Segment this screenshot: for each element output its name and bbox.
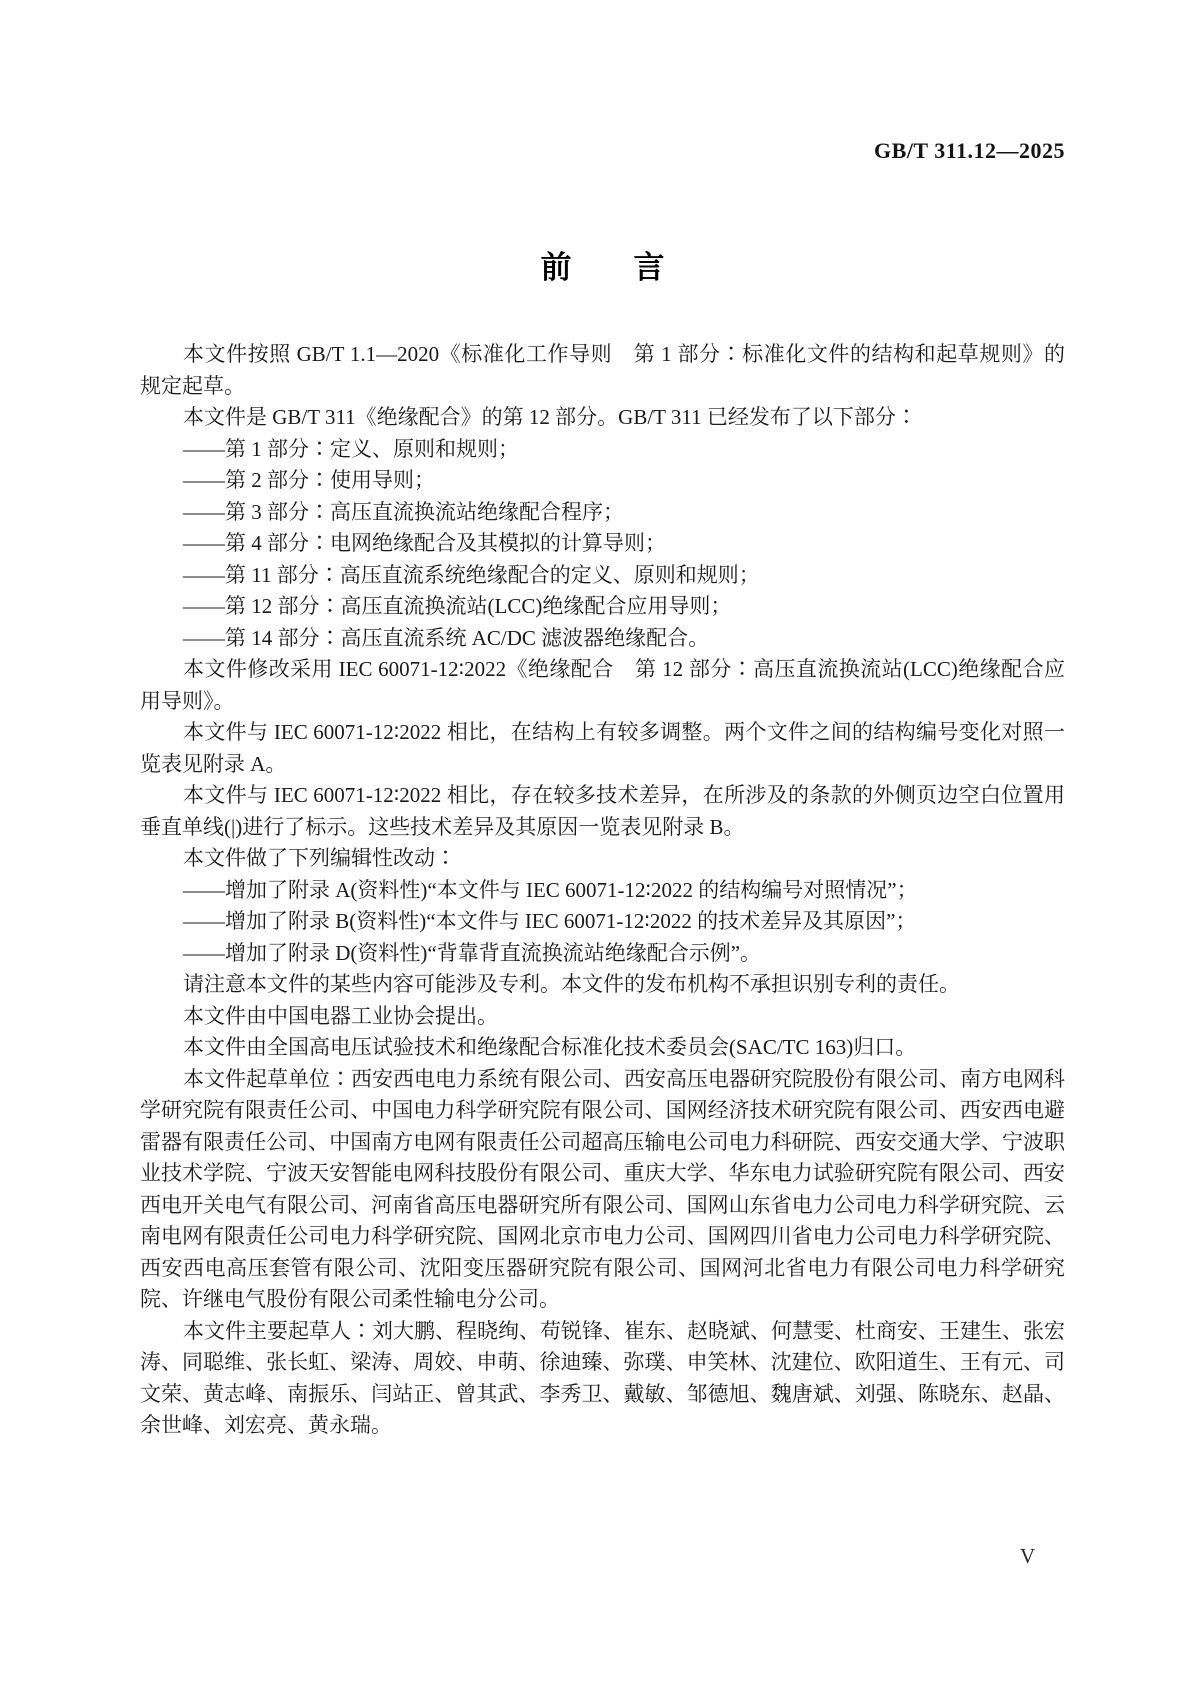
foreword-drafters: 本文件主要起草人∶刘大鹏、程晓绚、苟锐锋、崔东、赵晓斌、何慧雯、杜商安、王建生、…	[140, 1316, 1065, 1442]
foreword-change-item: ——增加了附录 D(资料性)“背靠背直流换流站绝缘配合示例”。	[140, 938, 1065, 970]
foreword-part-item: ——第 11 部分∶高压直流系统绝缘配合的定义、原则和规则；	[140, 560, 1065, 592]
foreword-paragraph: 本文件由中国电器工业协会提出。	[140, 1001, 1065, 1033]
page-number: V	[1020, 1544, 1035, 1569]
foreword-change-item: ——增加了附录 A(资料性)“本文件与 IEC 60071-12∶2022 的结…	[140, 875, 1065, 907]
foreword-drafting-units: 本文件起草单位∶西安西电电力系统有限公司、西安高压电器研究院股份有限公司、南方电…	[140, 1064, 1065, 1316]
foreword-body: 本文件按照 GB/T 1.1—2020《标准化工作导则 第 1 部分∶标准化文件…	[140, 339, 1065, 1442]
foreword-part-item: ——第 4 部分∶电网绝缘配合及其模拟的计算导则；	[140, 528, 1065, 560]
foreword-paragraph: 本文件修改采用 IEC 60071-12∶2022《绝缘配合 第 12 部分∶高…	[140, 654, 1065, 717]
standard-number-header: GB/T 311.12—2025	[140, 138, 1065, 164]
foreword-part-item: ——第 1 部分∶定义、原则和规则；	[140, 434, 1065, 466]
foreword-paragraph: 本文件做了下列编辑性改动∶	[140, 843, 1065, 875]
standard-foreword-page: GB/T 311.12—2025 前 言 本文件按照 GB/T 1.1—2020…	[0, 0, 1191, 1685]
foreword-part-item: ——第 14 部分∶高压直流系统 AC/DC 滤波器绝缘配合。	[140, 623, 1065, 655]
page-title: 前 言	[140, 242, 1065, 287]
foreword-part-item: ——第 2 部分∶使用导则；	[140, 465, 1065, 497]
foreword-part-item: ——第 3 部分∶高压直流换流站绝缘配合程序；	[140, 497, 1065, 529]
foreword-paragraph: 本文件按照 GB/T 1.1—2020《标准化工作导则 第 1 部分∶标准化文件…	[140, 339, 1065, 402]
foreword-part-item: ——第 12 部分∶高压直流换流站(LCC)绝缘配合应用导则；	[140, 591, 1065, 623]
foreword-paragraph: 本文件是 GB/T 311《绝缘配合》的第 12 部分。GB/T 311 已经发…	[140, 402, 1065, 434]
foreword-paragraph: 本文件与 IEC 60071-12∶2022 相比，在结构上有较多调整。两个文件…	[140, 717, 1065, 780]
foreword-paragraph: 本文件与 IEC 60071-12∶2022 相比，存在较多技术差异，在所涉及的…	[140, 780, 1065, 843]
foreword-paragraph: 请注意本文件的某些内容可能涉及专利。本文件的发布机构不承担识别专利的责任。	[140, 969, 1065, 1001]
foreword-paragraph: 本文件由全国高电压试验技术和绝缘配合标准化技术委员会(SAC/TC 163)归口…	[140, 1032, 1065, 1064]
foreword-change-item: ——增加了附录 B(资料性)“本文件与 IEC 60071-12∶2022 的技…	[140, 906, 1065, 938]
